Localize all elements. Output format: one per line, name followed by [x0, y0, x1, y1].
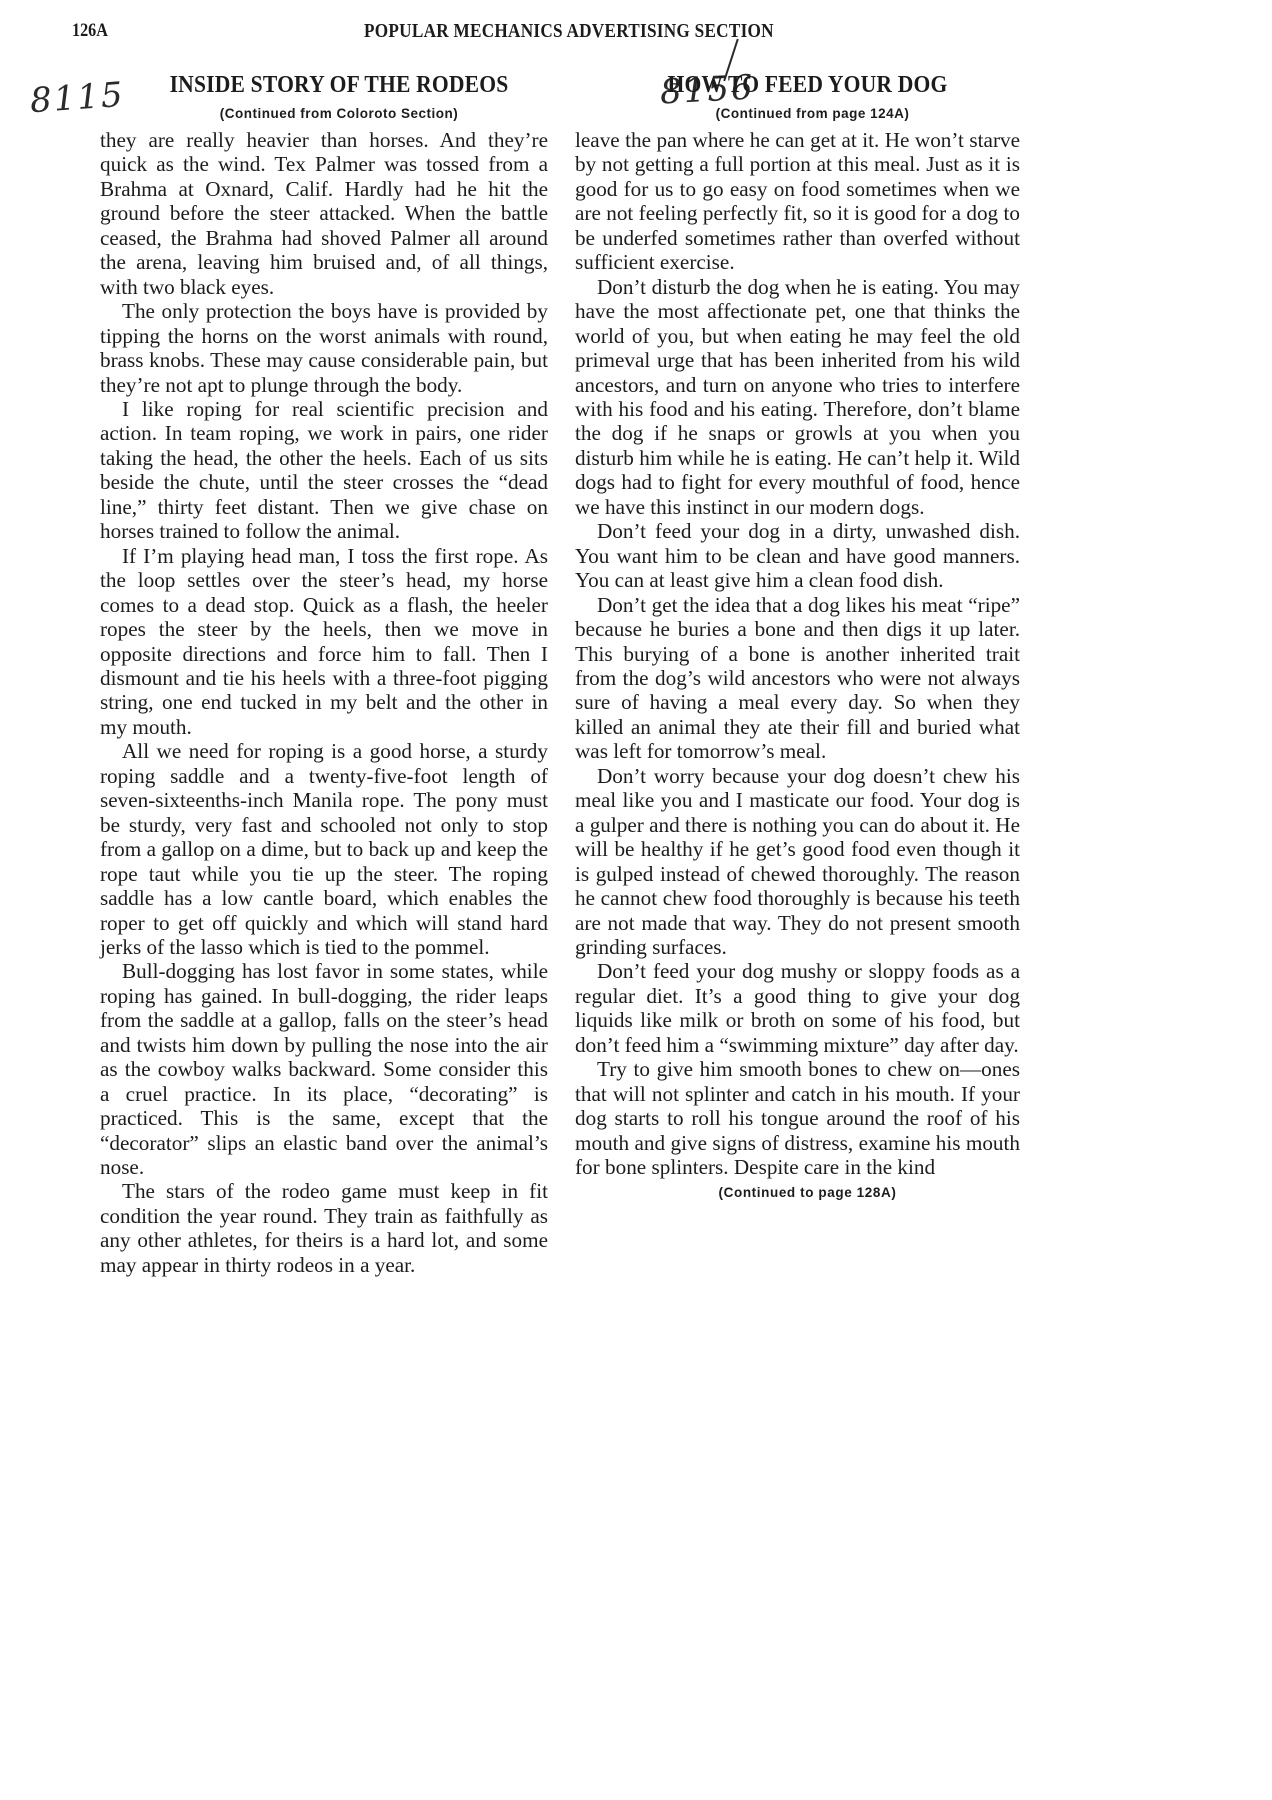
paragraph: Don’t disturb the dog when he is eating.… — [575, 275, 1020, 520]
paragraph: If I’m playing head man, I toss the firs… — [100, 544, 548, 740]
right-article: HOW TO FEED YOUR DOG (Continued from pag… — [575, 68, 1020, 1200]
article-title: INSIDE STORY OF THE RODEOS — [151, 68, 527, 102]
paragraph: Don’t feed your dog mushy or sloppy food… — [575, 959, 1020, 1057]
paragraph: The stars of the rodeo game must keep in… — [100, 1179, 548, 1277]
continued-from-note: (Continued from Coloroto Section) — [130, 102, 548, 128]
paragraph: Don’t feed your dog in a dirty, unwashed… — [575, 519, 1020, 592]
paragraph: Bull-dogging has lost favor in some stat… — [100, 959, 548, 1179]
page-number: 126A — [72, 20, 108, 42]
article-body: leave the pan where he can get at it. He… — [575, 128, 1020, 1179]
left-article: INSIDE STORY OF THE RODEOS (Continued fr… — [100, 68, 548, 1277]
running-title: POPULAR MECHANICS ADVERTISING SECTION — [364, 20, 774, 43]
paragraph: The only protection the boys have is pro… — [100, 299, 548, 397]
paragraph: Don’t get the idea that a dog likes his … — [575, 593, 1020, 764]
paragraph: they are really heavier than horses. And… — [100, 128, 548, 299]
article-body: they are really heavier than horses. And… — [100, 128, 548, 1277]
continued-to-note: (Continued to page 128A) — [595, 1185, 1020, 1200]
article-title: HOW TO FEED YOUR DOG — [616, 68, 999, 102]
continued-from-note: (Continued from page 124A) — [605, 102, 1020, 128]
paragraph: Don’t worry because your dog doesn’t che… — [575, 764, 1020, 960]
page-header: 126A POPULAR MECHANICS ADVERTISING SECTI… — [72, 18, 952, 48]
paragraph: leave the pan where he can get at it. He… — [575, 128, 1020, 275]
paragraph: I like roping for real scientific precis… — [100, 397, 548, 544]
paragraph: All we need for roping is a good horse, … — [100, 739, 548, 959]
paragraph: Try to give him smooth bones to chew on—… — [575, 1057, 1020, 1179]
